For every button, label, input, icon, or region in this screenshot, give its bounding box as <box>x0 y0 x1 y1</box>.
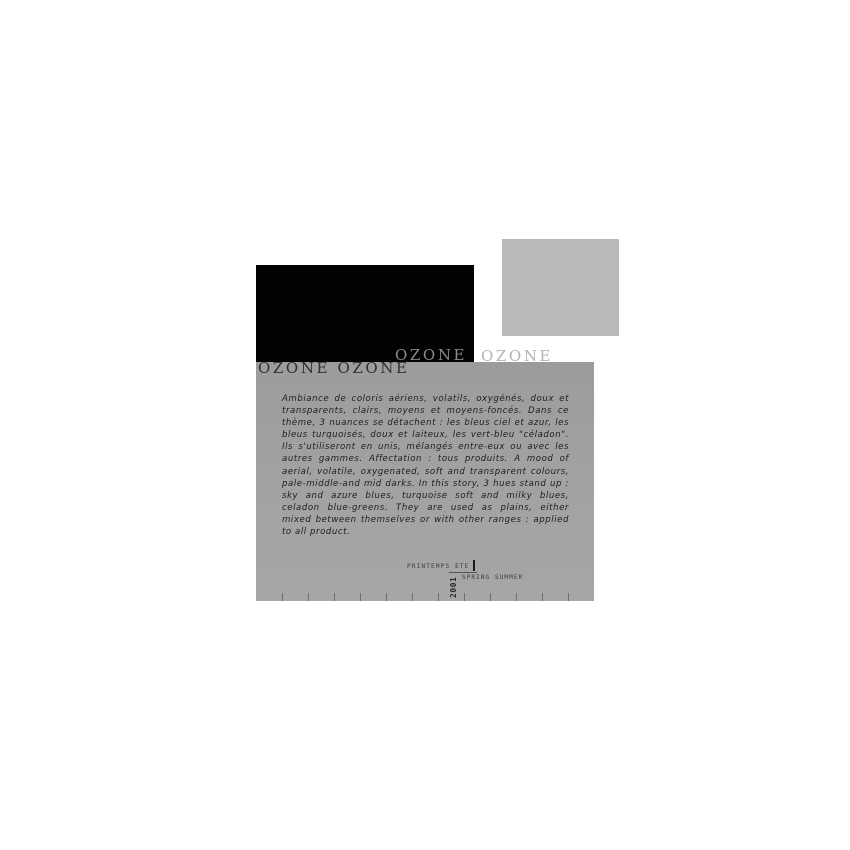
description-paragraph: Ambiance de coloris aériens, volatils, o… <box>282 393 569 538</box>
ruler-tick <box>516 593 517 601</box>
ruler-tick <box>568 593 569 601</box>
ozone-wordmark-row: OZONE OZONE <box>258 361 410 376</box>
ruler-tick <box>386 593 387 601</box>
divider-rule <box>449 572 477 573</box>
ruler-ticks <box>256 591 594 601</box>
ruler-tick <box>490 593 491 601</box>
ruler-tick <box>542 593 543 601</box>
ruler-tick <box>308 593 309 601</box>
ruler-tick <box>334 593 335 601</box>
ruler-tick <box>360 593 361 601</box>
light-grey-color-swatch <box>502 239 619 336</box>
ozone-wordmark-light: OZONE <box>481 349 553 364</box>
ruler-tick <box>438 593 439 601</box>
season-label-fr: PRINTEMPS ETE <box>407 563 470 570</box>
season-label-en: SPRING SUMMER <box>462 574 523 581</box>
ruler-tick <box>412 593 413 601</box>
vertical-bar-mark <box>473 560 475 571</box>
ruler-tick <box>464 593 465 601</box>
ruler-tick <box>282 593 283 601</box>
